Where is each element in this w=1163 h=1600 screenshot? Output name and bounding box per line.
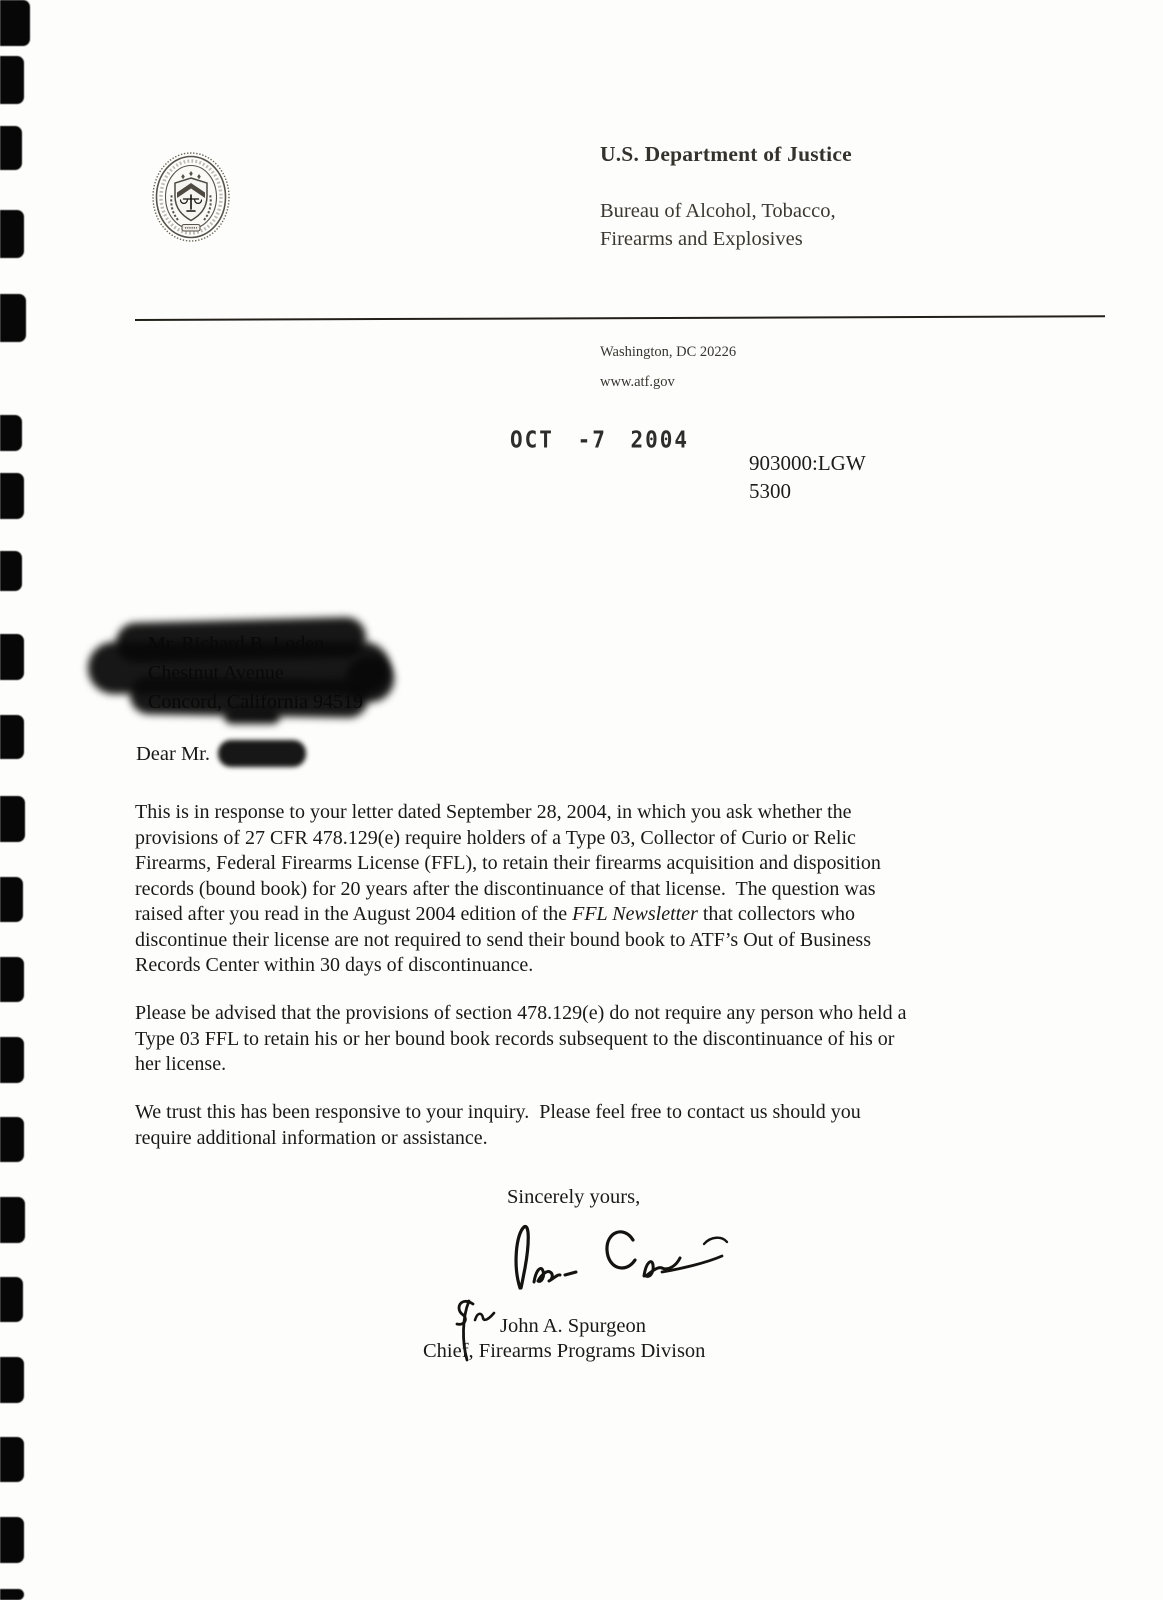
scan-artifact-mark xyxy=(0,1589,24,1600)
letter-body: This is in response to your letter dated… xyxy=(135,800,1135,1174)
scan-artifact-mark xyxy=(0,473,24,519)
body-line: records (bound book) for 20 years after … xyxy=(135,877,1135,903)
body-line: Please be advised that the provisions of… xyxy=(135,1001,1135,1027)
body-line: Firearms, Federal Firearms License (FFL)… xyxy=(135,851,1135,877)
scan-artifact-mark xyxy=(0,1197,25,1243)
address-redaction-blob xyxy=(86,614,402,730)
body-paragraph: Please be advised that the provisions of… xyxy=(135,1001,1135,1078)
scan-artifact-mark xyxy=(0,715,24,759)
date-stamp: OCT -7 2004 xyxy=(510,427,689,453)
scan-artifact-mark xyxy=(0,1037,24,1083)
scan-artifact-mark xyxy=(0,294,26,342)
scan-edge-artifacts xyxy=(0,0,40,1600)
scan-artifact-mark xyxy=(0,1277,23,1322)
reference-block: 903000:LGW 5300 xyxy=(749,449,866,505)
scan-artifact-mark xyxy=(0,796,25,842)
scan-artifact-mark xyxy=(0,56,24,104)
body-line: her license. xyxy=(135,1052,1135,1078)
salutation-text: Dear Mr. xyxy=(136,743,210,765)
bureau-name: Bureau of Alcohol, Tobacco, Firearms and… xyxy=(600,197,836,253)
body-line: This is in response to your letter dated… xyxy=(135,800,1135,826)
scan-artifact-mark xyxy=(0,126,22,170)
scan-artifact-mark xyxy=(0,877,23,922)
scan-artifact-mark xyxy=(0,634,24,680)
reference-code: 903000:LGW xyxy=(749,449,866,477)
signer-title: Chief, Firearms Programs Divison xyxy=(423,1340,705,1363)
name-redaction-blob xyxy=(218,740,306,767)
body-line: require additional information or assist… xyxy=(135,1126,1135,1152)
scan-artifact-mark xyxy=(0,1117,24,1162)
body-line: Type 03 FFL to retain his or her bound b… xyxy=(135,1027,1135,1053)
scan-artifact-mark xyxy=(0,1357,24,1403)
scan-artifact-mark xyxy=(0,210,24,258)
body-paragraph: We trust this has been responsive to you… xyxy=(135,1100,1135,1151)
body-line: Records Center within 30 days of discont… xyxy=(135,953,1135,979)
body-line: raised after you read in the August 2004… xyxy=(135,902,1135,928)
department-title: U.S. Department of Justice xyxy=(600,142,852,167)
body-paragraph: This is in response to your letter dated… xyxy=(135,800,1135,979)
scan-artifact-mark xyxy=(0,1517,24,1563)
letterhead-divider xyxy=(135,315,1105,321)
closing: Sincerely yours, xyxy=(507,1186,640,1209)
signer-name: John A. Spurgeon xyxy=(500,1315,646,1338)
bureau-line2: Firearms and Explosives xyxy=(600,225,836,253)
doj-atf-seal-icon xyxy=(150,151,232,243)
website-line: www.atf.gov xyxy=(600,374,675,391)
scan-artifact-mark xyxy=(0,957,24,1002)
body-line: provisions of 27 CFR 478.129(e) require … xyxy=(135,826,1135,852)
body-line: We trust this has been responsive to you… xyxy=(135,1100,1135,1126)
bureau-line1: Bureau of Alcohol, Tobacco, xyxy=(600,197,836,225)
scan-artifact-mark xyxy=(0,1437,24,1482)
scan-artifact-mark xyxy=(0,551,22,591)
salutation: Dear Mr. xyxy=(136,740,306,767)
reference-number: 5300 xyxy=(749,477,866,505)
handwritten-signature xyxy=(508,1220,738,1298)
city-line: Washington, DC 20226 xyxy=(600,344,736,361)
scan-artifact-mark xyxy=(0,0,30,46)
body-line: discontinue their license are not requir… xyxy=(135,928,1135,954)
scan-artifact-mark xyxy=(0,415,22,451)
scanned-letter-page: U.S. Department of Justice Bureau of Alc… xyxy=(0,0,1163,1600)
